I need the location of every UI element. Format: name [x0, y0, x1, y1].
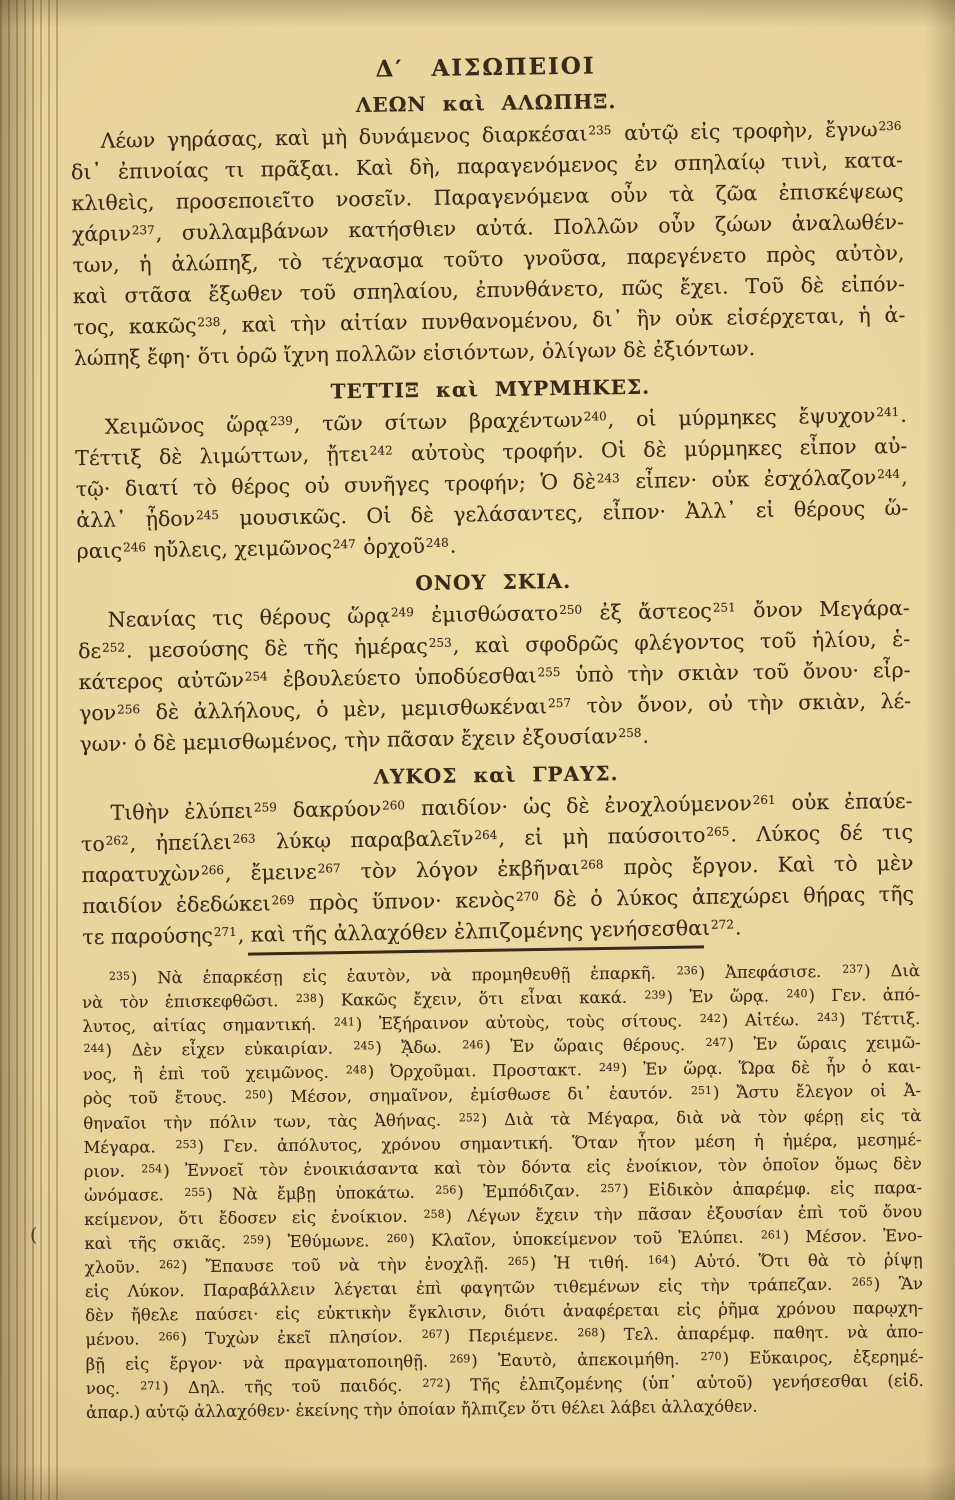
footnote-ref: 247 — [706, 1036, 727, 1049]
footnote-ref: 249 — [391, 605, 414, 619]
footnote-ref: 269 — [449, 1352, 470, 1365]
footnote-ref: 270 — [516, 889, 539, 903]
footnote-ref: 164 — [648, 1254, 669, 1267]
footnote-ref: 272 — [422, 1376, 443, 1389]
footnote-ref: 257 — [548, 696, 571, 710]
footnote-ref: 246 — [462, 1038, 483, 1051]
footnote-ref: 248 — [426, 536, 449, 550]
footnote-ref: 243 — [597, 471, 620, 485]
main-text-block: Δ′ ΑΙΣΩΠΕΙΟΙ ΛΕΩΝ καὶ ΑΛΩΠΗΞ.Λέων γηράσα… — [69, 48, 914, 953]
footnote-ref: 235 — [588, 123, 611, 137]
footnote-ref: 269 — [271, 893, 294, 907]
footnote-ref: 250 — [559, 603, 582, 617]
footnote-ref: 264 — [474, 828, 497, 842]
footnote-ref: 246 — [123, 540, 146, 554]
footnote-ref: 272 — [711, 917, 734, 931]
footnote-ref: 262 — [106, 833, 129, 847]
footnote-ref: 242 — [370, 443, 393, 457]
footnote-ref: 265 — [706, 825, 729, 839]
footnote-ref: 244 — [877, 467, 900, 481]
footnote-ref: 248 — [346, 1064, 367, 1077]
footnote-ref: 255 — [184, 1186, 205, 1199]
footnote-ref: 261 — [753, 793, 776, 807]
stray-mark: ( — [30, 1224, 37, 1246]
footnote-ref: 245 — [196, 508, 219, 522]
footnote-ref: 263 — [233, 832, 256, 846]
footnote-ref: 247 — [333, 537, 356, 551]
fables: ΛΕΩΝ καὶ ΑΛΩΠΗΞ.Λέων γηράσας, καὶ μὴ δυν… — [70, 85, 915, 953]
footnote-ref: 249 — [599, 1061, 620, 1074]
footnote-ref: 266 — [201, 863, 224, 877]
footnote-ref: 270 — [701, 1349, 722, 1362]
footnote-ref: 250 — [245, 1089, 266, 1102]
footnote-ref: 236 — [677, 964, 698, 977]
footnote-ref: 265 — [852, 1276, 873, 1289]
footnotes: 235) Νὰ ἐπαρκέσῃ εἰς ἑαυτὸν, νὰ προμηθευ… — [82, 959, 924, 1425]
footnote-ref: 251 — [713, 600, 736, 614]
footnote-ref: 258 — [618, 726, 641, 740]
footnote-ref: 271 — [214, 925, 237, 939]
footnote-ref: 243 — [817, 1011, 838, 1024]
footnote-ref: 252 — [102, 640, 125, 654]
footnote-ref: 260 — [382, 798, 405, 812]
footnote-ref: 261 — [761, 1228, 782, 1241]
footnote-ref: 242 — [700, 1012, 721, 1025]
footnote-ref: 257 — [600, 1182, 621, 1195]
footnote-ref: 241 — [876, 405, 899, 419]
footnote-ref: 253 — [176, 1138, 197, 1151]
footnote-ref: 259 — [254, 800, 277, 814]
footnote-ref: 239 — [270, 414, 293, 428]
footnote-ref: 237 — [842, 963, 863, 976]
footnote-ref: 239 — [644, 989, 665, 1002]
fable: ΤΕΤΤΙΞ καὶ ΜΥΡΜΗΚΕΣ.Χειμῶνος ὥρᾳ239, τῶν… — [74, 371, 909, 567]
footnote-ref: 255 — [537, 665, 560, 679]
footnote-ref: 240 — [786, 987, 807, 1000]
footnote-ref: 271 — [140, 1379, 161, 1392]
footnote-ref: 253 — [429, 636, 452, 650]
footnote-ref: 254 — [245, 669, 268, 683]
fable: ΛΕΩΝ καὶ ΑΛΩΠΗΞ.Λέων γηράσας, καὶ μὴ δυν… — [70, 85, 906, 374]
book-page-edges — [0, 0, 58, 1500]
fable: ΛΥΚΟΣ καὶ ΓΡΑΥΣ.Τιθὴν ἐλύπει259 δακρύον2… — [80, 757, 915, 953]
footnote-ref: 267 — [422, 1328, 443, 1341]
footnote-ref: 236 — [878, 119, 901, 133]
footnote-ref: 237 — [132, 223, 155, 237]
footnote-ref: 258 — [424, 1207, 445, 1220]
footnote-ref: 252 — [459, 1111, 480, 1124]
footnote-ref: 268 — [580, 857, 603, 871]
footnote-ref: 251 — [691, 1084, 712, 1097]
footnote-ref: 265 — [508, 1255, 529, 1268]
footnote-ref: 260 — [386, 1232, 407, 1245]
fable: ΟΝΟΥ ΣΚΙΑ.Νεανίας τις θέρους ὥρᾳ249 ἐμισ… — [77, 564, 912, 760]
footnote-ref: 238 — [197, 315, 220, 329]
footnote-ref: 259 — [243, 1233, 264, 1246]
footnote-ref: 235 — [109, 970, 130, 983]
footnote-ref: 256 — [435, 1183, 456, 1196]
footnote-ref: 268 — [577, 1326, 598, 1339]
footnote-ref: 266 — [158, 1331, 179, 1344]
footnote-ref: 256 — [117, 702, 140, 716]
footnote-ref: 240 — [584, 409, 607, 423]
book-page: Δ′ ΑΙΣΩΠΕΙΟΙ ΛΕΩΝ καὶ ΑΛΩΠΗΞ.Λέων γηράσα… — [0, 0, 955, 1500]
footnote-ref: 241 — [334, 1016, 355, 1029]
footnote-ref: 244 — [84, 1042, 105, 1055]
footnote-ref: 254 — [141, 1162, 162, 1175]
footnote-ref: 262 — [159, 1258, 180, 1271]
section-heading: Δ′ ΑΙΣΩΠΕΙΟΙ — [69, 48, 901, 88]
footnote-ref: 267 — [318, 861, 341, 875]
footnote-ref: 238 — [296, 992, 317, 1005]
footnote-ref: 245 — [353, 1040, 374, 1053]
